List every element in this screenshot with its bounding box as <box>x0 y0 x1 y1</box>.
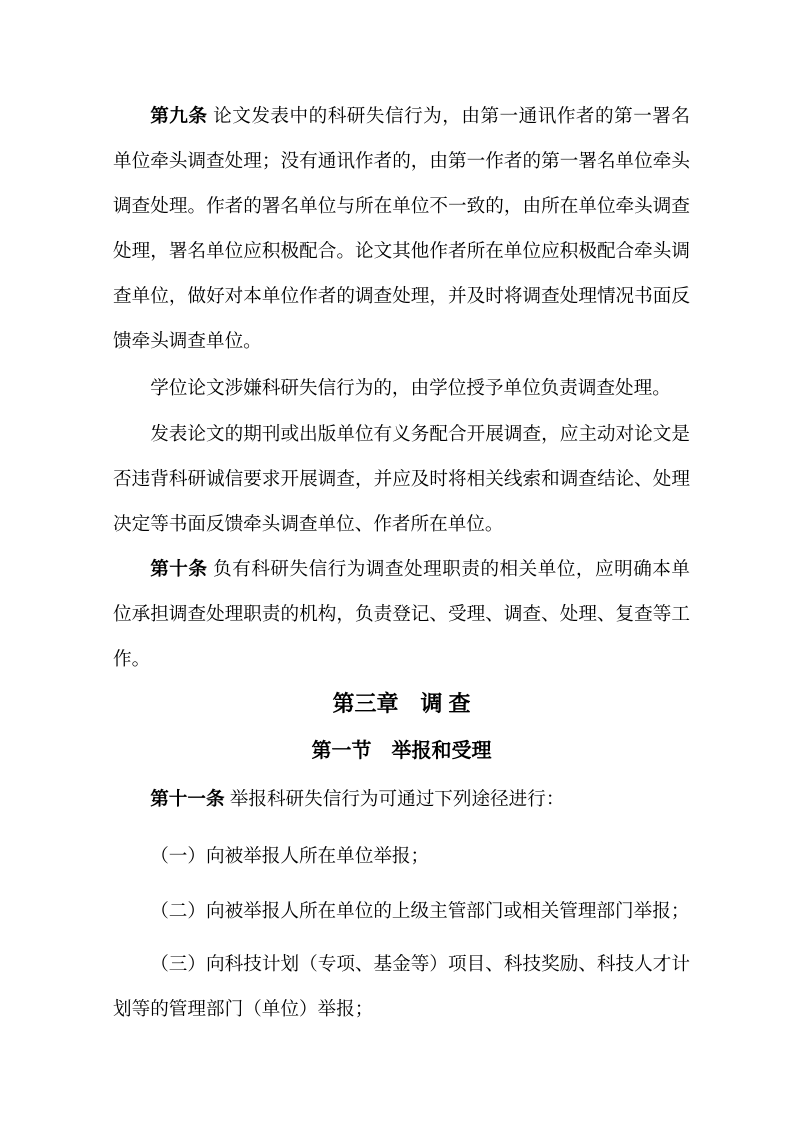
journal-duty-paragraph: 发表论文的期刊或出版单位有义务配合开展调查，应主动对论文是否违背科研诚信要求开展… <box>113 411 690 546</box>
article-9-paragraph: 第九条 论文发表中的科研失信行为，由第一通讯作者的第一署名单位牵头调查处理；没有… <box>113 93 690 363</box>
article-9-text: 论文发表中的科研失信行为，由第一通讯作者的第一署名单位牵头调查处理；没有通讯作者… <box>113 105 690 351</box>
article-10-paragraph: 第十条 负有科研失信行为调查处理职责的相关单位，应明确本单位承担调查处理职责的机… <box>113 546 690 681</box>
chapter-3-heading: 第三章 调 查 <box>113 681 690 726</box>
report-channel-item-1: （一）向被举报人所在单位举报； <box>113 833 690 878</box>
degree-thesis-paragraph: 学位论文涉嫌科研失信行为的，由学位授予单位负责调查处理。 <box>113 365 690 410</box>
article-10-label: 第十条 <box>150 558 207 579</box>
article-11-text: 举报科研失信行为可通过下列途径进行： <box>230 788 565 809</box>
report-channel-item-3: （三）向科技计划（专项、基金等）项目、科技奖励、科技人才计划等的管理部门（单位）… <box>113 941 690 1031</box>
document-page: 第九条 论文发表中的科研失信行为，由第一通讯作者的第一署名单位牵头调查处理；没有… <box>0 0 793 1122</box>
report-channel-item-2: （二）向被举报人所在单位的上级主管部门或相关管理部门举报； <box>113 888 690 933</box>
article-11-label: 第十一条 <box>150 788 224 809</box>
article-9-label: 第九条 <box>150 105 207 126</box>
article-11-paragraph: 第十一条 举报科研失信行为可通过下列途径进行： <box>113 776 690 821</box>
section-1-heading: 第一节 举报和受理 <box>113 729 690 774</box>
